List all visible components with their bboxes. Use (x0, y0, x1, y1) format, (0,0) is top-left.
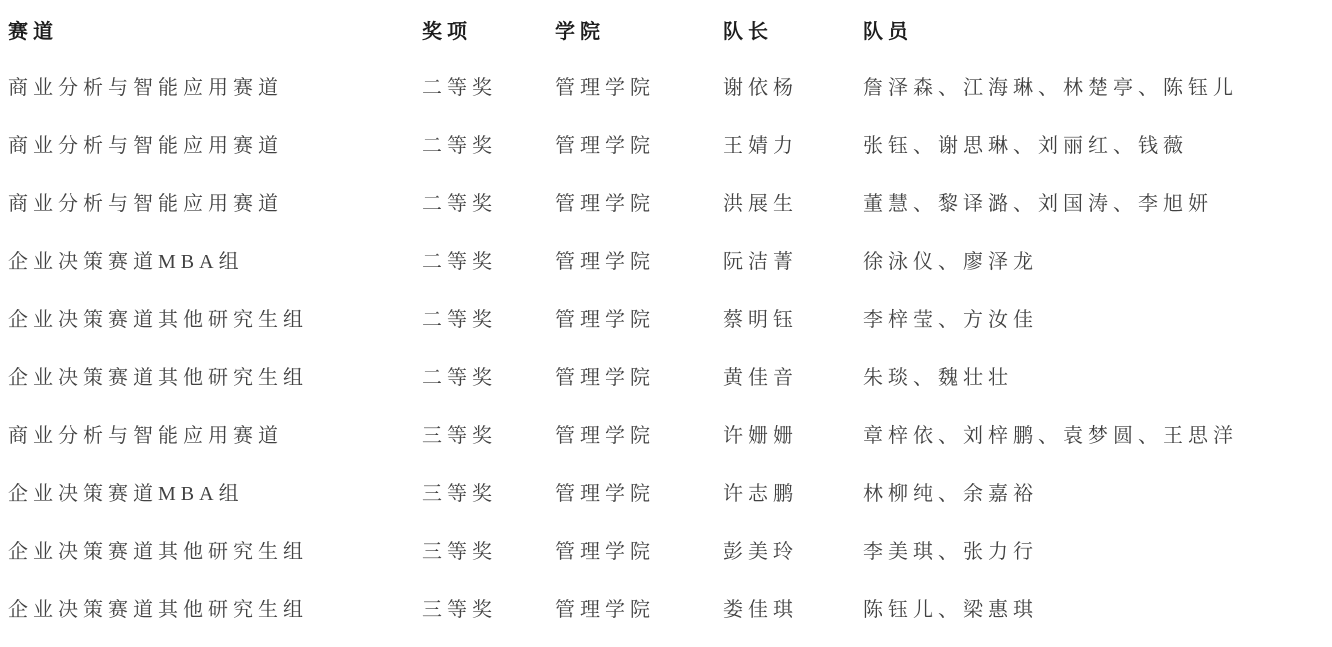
cell-college: 管理学院 (555, 477, 723, 506)
cell-captain: 黄佳音 (723, 361, 863, 390)
table-row: 商业分析与智能应用赛道二等奖管理学院王婧力张钰、谢思琳、刘丽红、钱薇 (8, 114, 1332, 172)
table-row: 企业决策赛道MBA组三等奖管理学院许志鹏林柳纯、余嘉裕 (8, 462, 1332, 520)
cell-captain: 洪展生 (723, 187, 863, 216)
cell-track: 商业分析与智能应用赛道 (8, 419, 422, 448)
cell-members: 李梓莹、方汝佳 (863, 303, 1332, 332)
table-row: 企业决策赛道其他研究生组三等奖管理学院彭美玲李美琪、张力行 (8, 520, 1332, 578)
cell-college: 管理学院 (555, 535, 723, 564)
table-row: 企业决策赛道其他研究生组二等奖管理学院黄佳音朱琰、魏壮壮 (8, 346, 1332, 404)
cell-members: 章梓依、刘梓鹏、袁梦圆、王思洋 (863, 419, 1332, 448)
cell-award: 二等奖 (422, 361, 555, 390)
table-row: 商业分析与智能应用赛道二等奖管理学院洪展生董慧、黎译潞、刘国涛、李旭妍 (8, 172, 1332, 230)
table-row: 企业决策赛道其他研究生组三等奖管理学院娄佳琪陈钰儿、梁惠琪 (8, 578, 1332, 636)
table-row: 商业分析与智能应用赛道二等奖管理学院谢依杨詹泽森、江海琳、林楚亭、陈钰儿 (8, 56, 1332, 114)
cell-award: 三等奖 (422, 419, 555, 448)
cell-captain: 王婧力 (723, 129, 863, 158)
column-header-members: 队员 (863, 15, 1332, 44)
cell-track: 商业分析与智能应用赛道 (8, 71, 422, 100)
cell-college: 管理学院 (555, 187, 723, 216)
table-body: 商业分析与智能应用赛道二等奖管理学院谢依杨詹泽森、江海琳、林楚亭、陈钰儿商业分析… (8, 56, 1332, 636)
cell-captain: 彭美玲 (723, 535, 863, 564)
cell-members: 徐泳仪、廖泽龙 (863, 245, 1332, 274)
cell-award: 二等奖 (422, 187, 555, 216)
cell-award: 三等奖 (422, 477, 555, 506)
table-row: 商业分析与智能应用赛道三等奖管理学院许姗姗章梓依、刘梓鹏、袁梦圆、王思洋 (8, 404, 1332, 462)
cell-members: 林柳纯、余嘉裕 (863, 477, 1332, 506)
cell-captain: 许志鹏 (723, 477, 863, 506)
cell-members: 张钰、谢思琳、刘丽红、钱薇 (863, 129, 1332, 158)
cell-award: 三等奖 (422, 593, 555, 622)
cell-captain: 许姗姗 (723, 419, 863, 448)
cell-award: 二等奖 (422, 303, 555, 332)
cell-college: 管理学院 (555, 71, 723, 100)
cell-college: 管理学院 (555, 245, 723, 274)
cell-track: 企业决策赛道其他研究生组 (8, 303, 422, 332)
cell-track: 企业决策赛道MBA组 (8, 245, 422, 274)
cell-captain: 蔡明钰 (723, 303, 863, 332)
cell-members: 朱琰、魏壮壮 (863, 361, 1332, 390)
cell-track: 商业分析与智能应用赛道 (8, 187, 422, 216)
cell-members: 董慧、黎译潞、刘国涛、李旭妍 (863, 187, 1332, 216)
cell-track: 企业决策赛道其他研究生组 (8, 361, 422, 390)
cell-members: 李美琪、张力行 (863, 535, 1332, 564)
cell-captain: 谢依杨 (723, 71, 863, 100)
cell-members: 詹泽森、江海琳、林楚亭、陈钰儿 (863, 71, 1332, 100)
cell-college: 管理学院 (555, 129, 723, 158)
cell-track: 企业决策赛道其他研究生组 (8, 535, 422, 564)
cell-award: 二等奖 (422, 129, 555, 158)
table-header-row: 赛道 奖项 学院 队长 队员 (8, 2, 1332, 56)
cell-track: 企业决策赛道MBA组 (8, 477, 422, 506)
awards-table: 赛道 奖项 学院 队长 队员 商业分析与智能应用赛道二等奖管理学院谢依杨詹泽森、… (0, 0, 1332, 647)
column-header-award: 奖项 (422, 15, 555, 44)
column-header-track: 赛道 (8, 15, 422, 44)
cell-college: 管理学院 (555, 361, 723, 390)
cell-college: 管理学院 (555, 419, 723, 448)
cell-captain: 阮洁菁 (723, 245, 863, 274)
column-header-college: 学院 (555, 15, 723, 44)
cell-college: 管理学院 (555, 593, 723, 622)
cell-captain: 娄佳琪 (723, 593, 863, 622)
table-row: 企业决策赛道其他研究生组二等奖管理学院蔡明钰李梓莹、方汝佳 (8, 288, 1332, 346)
cell-members: 陈钰儿、梁惠琪 (863, 593, 1332, 622)
cell-college: 管理学院 (555, 303, 723, 332)
cell-award: 三等奖 (422, 535, 555, 564)
column-header-captain: 队长 (723, 15, 863, 44)
cell-award: 二等奖 (422, 245, 555, 274)
table-row: 企业决策赛道MBA组二等奖管理学院阮洁菁徐泳仪、廖泽龙 (8, 230, 1332, 288)
cell-track: 商业分析与智能应用赛道 (8, 129, 422, 158)
cell-track: 企业决策赛道其他研究生组 (8, 593, 422, 622)
cell-award: 二等奖 (422, 71, 555, 100)
